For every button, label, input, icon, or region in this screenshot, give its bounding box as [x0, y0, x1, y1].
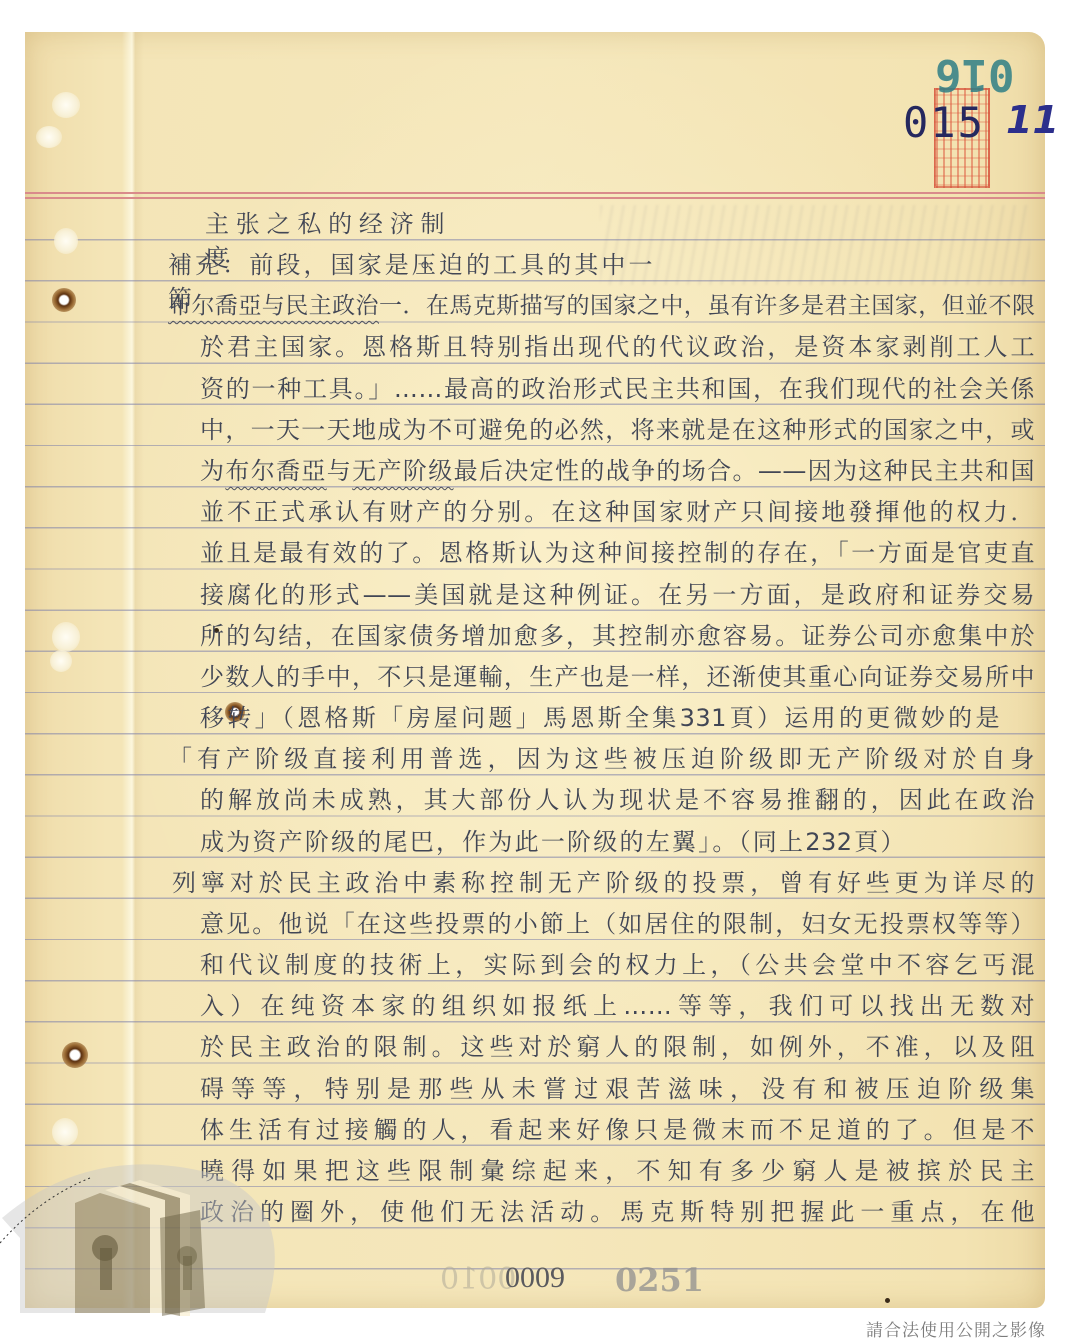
usage-notice: 請合法使用公開之影像: [866, 1320, 1046, 1342]
text-line: 移转」（恩格斯「房屋问题」馬恩斯全集331頁）运用的更微妙的是: [200, 701, 1000, 735]
text-line: 资的一种工具。」……最高的政治形式民主共和国，在我们现代的社会关係: [200, 372, 1035, 406]
burn-hole: [62, 1042, 88, 1068]
ink-mark: 11: [1006, 98, 1059, 142]
torn-hole: [52, 92, 80, 118]
text-line: 体生活有过接觸的人，看起来好像只是微末而不足道的了。但是不: [200, 1113, 1035, 1147]
underlined-term: 无产阶级: [352, 457, 453, 485]
torn-hole: [50, 650, 72, 672]
archive-number-stamp-reversed: 016: [935, 50, 1014, 98]
torn-hole: [36, 126, 62, 148]
archive-number-stamp: 015: [903, 100, 985, 146]
text-segment: 最后决定性的战争的场合。——因为这种民主共和国: [454, 457, 1035, 485]
text-line: 補充：前段，国家是压迫的工具的其中一節．: [168, 248, 653, 282]
underlined-heading: 布尔喬亞与民主政治: [168, 293, 379, 319]
red-header-rule: [25, 197, 1045, 199]
text-line: 中，一天一天地成为不可避免的必然，将来就是在这种形式的国家之中，或: [200, 413, 1035, 447]
red-header-rule: [25, 192, 1045, 194]
pencil-page-number: 0009: [505, 1258, 565, 1298]
text-line: 所的勾结，在国家债务增加愈多，其控制亦愈容易。证券公司亦愈集中於: [200, 619, 1035, 653]
text-line: 列寧对於民主政治中素称控制无产阶级的投票，曾有好些更为详尽的: [172, 866, 1035, 900]
text-line: 少数人的手中，不只是運輸，生产也是一样，还渐使其重心向证券交易所中: [200, 660, 1035, 694]
text-line: 和代议制度的技術上，实际到会的权力上，（公共会堂中不容乞丐混: [200, 948, 1035, 982]
text-line: 成为资产阶级的尾巴，作为此一阶级的左翼」。（同上232頁）: [200, 825, 905, 859]
burn-hole: [52, 288, 76, 312]
text-line: 意见。他说「在这些投票的小節上（如居住的限制，妇女无投票权等等）: [200, 907, 1035, 941]
text-segment: 与: [327, 457, 352, 485]
text-line: 政治的圈外，使他们无法活动。馬克斯特别把握此一重点，在他: [200, 1195, 1035, 1229]
torn-hole: [54, 228, 78, 254]
text-line: 碍等等，特别是那些从未嘗过艰苦滋味，没有和被压迫阶级集: [200, 1072, 1035, 1106]
text-segment: 一．在馬克斯描写的国家之中，虽有许多是君主国家，但並不限: [379, 293, 1035, 319]
text-line: 的解放尚未成熟，其大部份人认为现状是不容易推翻的，因此在政治: [200, 783, 1035, 817]
text-line: 主张之私的经济制度。: [205, 207, 445, 241]
ink-speck: [885, 1298, 890, 1303]
text-line: 入）在纯资本家的组织如报纸上……等等，我们可以找出无数对: [200, 989, 1035, 1023]
text-line: 於民主政治的限制。这些对於窮人的限制，如例外，不准，以及阻: [200, 1030, 1035, 1064]
text-line: 「有产阶级直接利用普选，因为这些被压迫阶级即无产阶级对於自身: [168, 742, 1035, 776]
text-line: 布尔喬亞与民主政治一．在馬克斯描写的国家之中，虽有许多是君主国家，但並不限: [168, 289, 1035, 323]
text-line: 接腐化的形式——美国就是这种例证。在另一方面，是政府和证券交易: [200, 578, 1035, 612]
text-line: 於君主国家。恩格斯且特别指出现代的代议政治，是资本家剥削工人工: [200, 330, 1035, 364]
bleed-through-ink: [600, 205, 1030, 285]
archive-logo-watermark: [0, 1148, 320, 1318]
underlined-term: 布尔喬亞: [225, 457, 326, 485]
text-segment: 为: [200, 457, 225, 485]
page-number-stamp: 0251: [615, 1262, 704, 1298]
torn-hole: [52, 1118, 78, 1146]
torn-hole: [52, 622, 80, 652]
text-line: 並不正式承认有财产的分别。在这种国家财产只间接地發揮他的权力．: [200, 495, 1035, 529]
text-line: 曉得如果把这些限制彙综起来，不知有多少窮人是被摈於民主: [200, 1154, 1035, 1188]
text-line: 为布尔喬亞与无产阶级最后决定性的战争的场合。——因为这种民主共和国: [200, 454, 1035, 488]
text-line: 並且是最有效的了。恩格斯认为这种间接控制的存在，「一方面是官吏直: [200, 536, 1035, 570]
